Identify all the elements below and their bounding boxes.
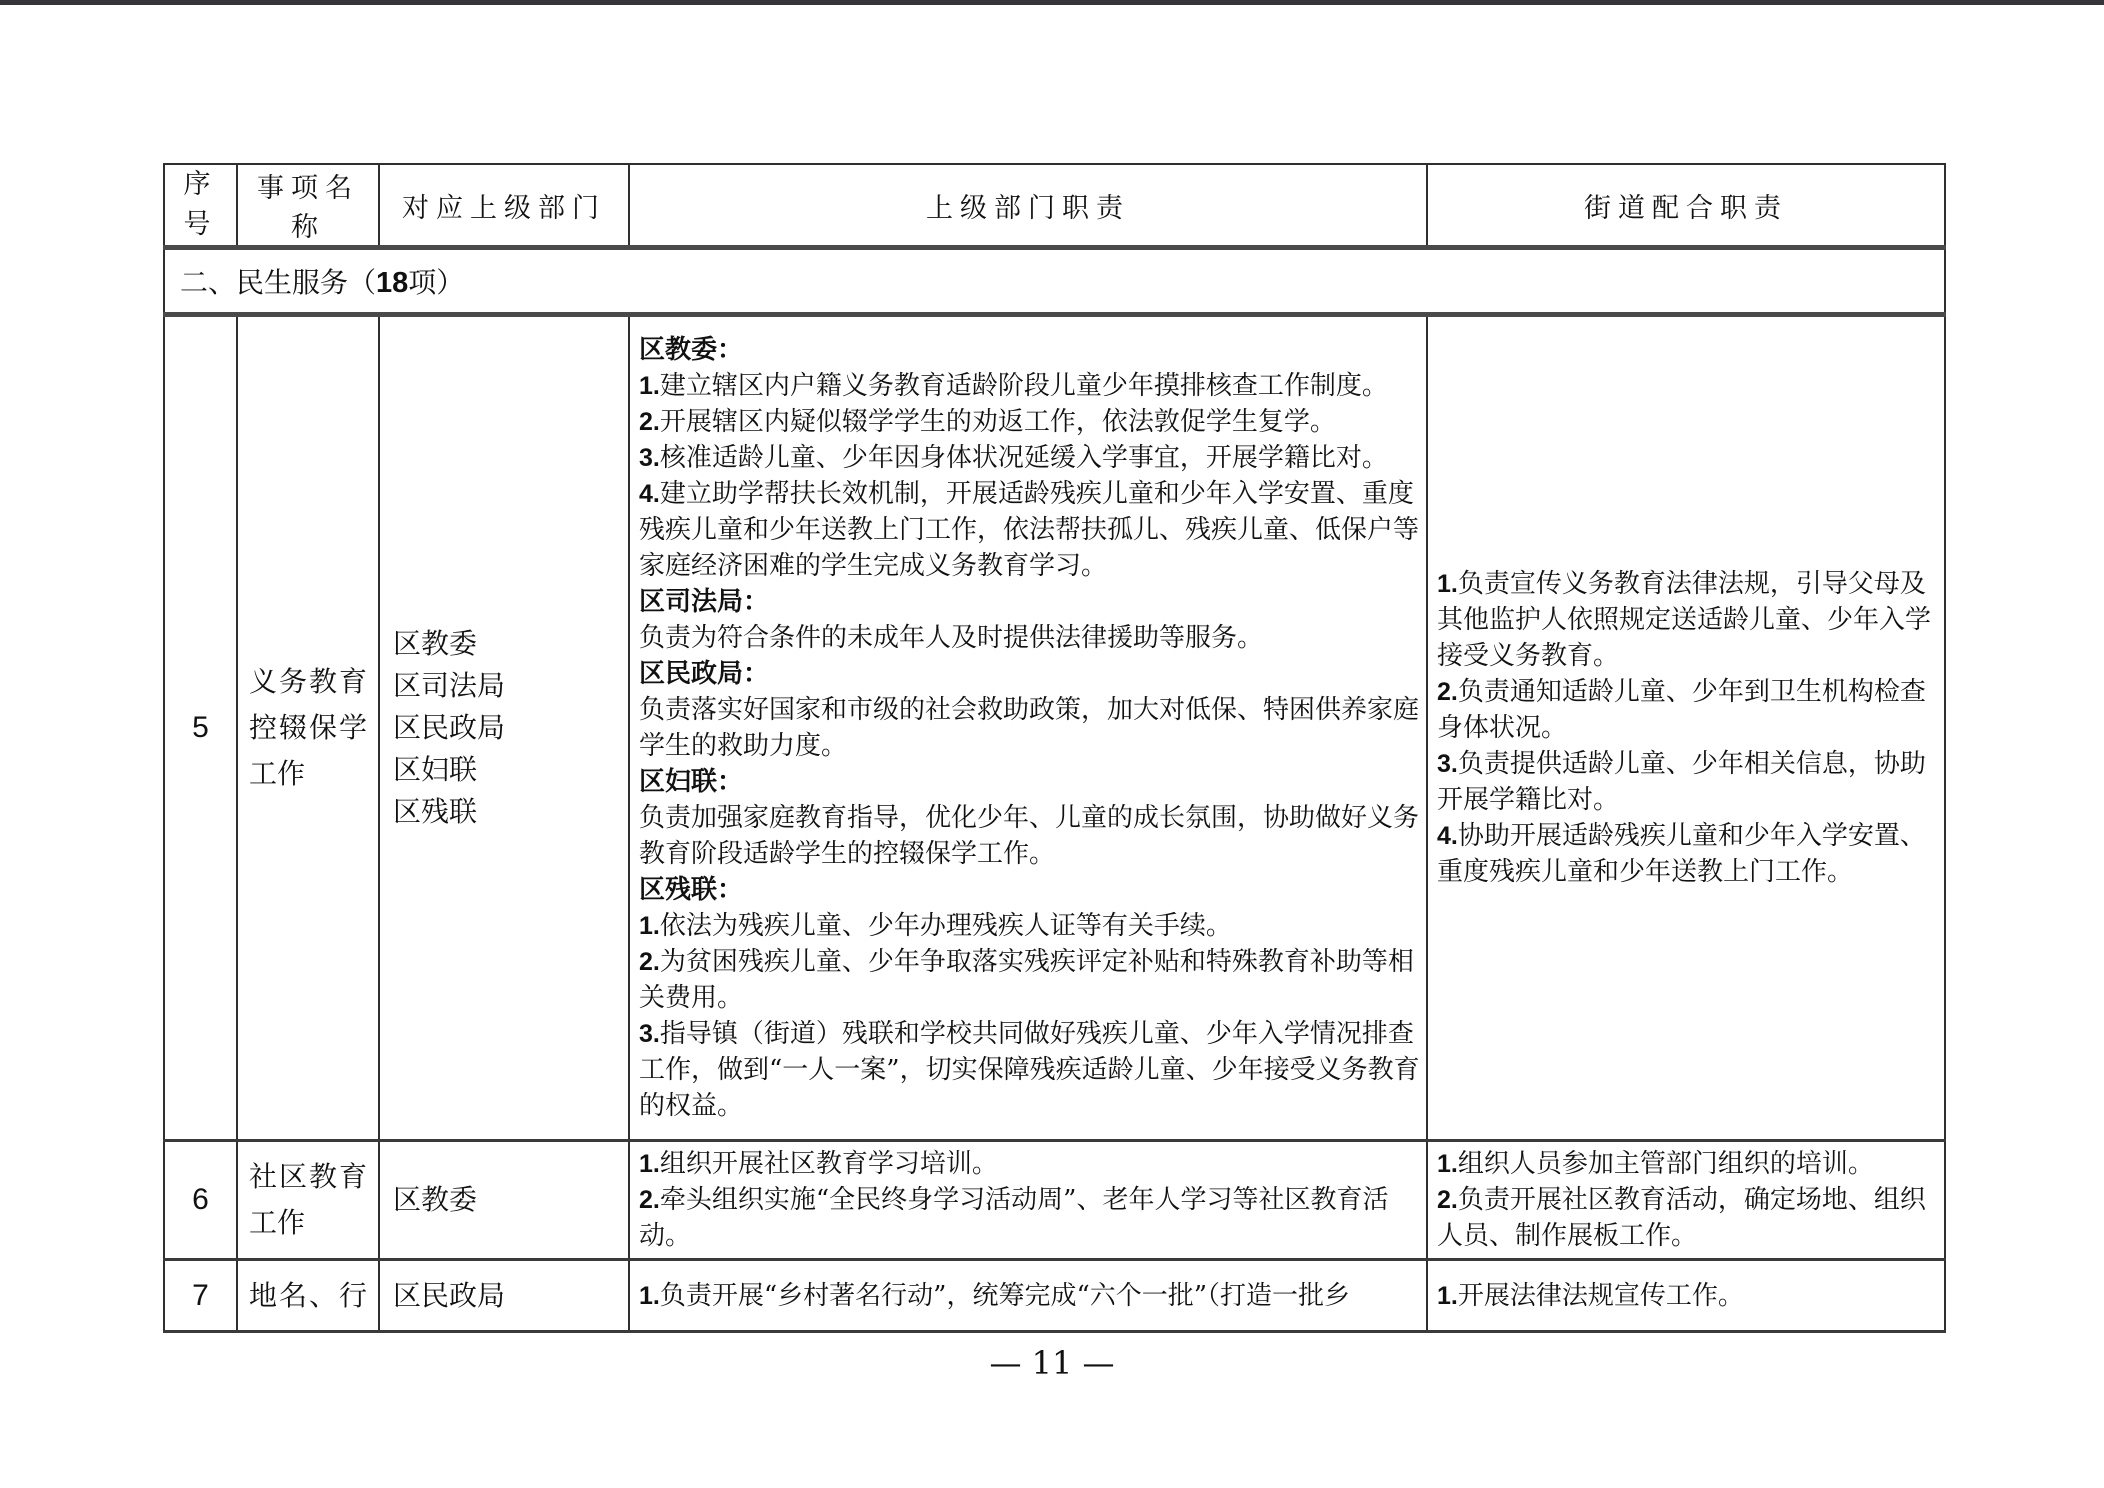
duty-paragraph: 1.负责开展“乡村著名行动”，统筹完成“六个一批”（打造一批乡: [639, 1278, 1421, 1314]
section-header-row: 二、民生服务（18项）: [164, 248, 1945, 315]
department-heading: 区司法局：: [639, 587, 769, 617]
duty-paragraph: 1.依法为残疾儿童、少年办理残疾人证等有关手续。: [639, 908, 1421, 944]
list-number: 2.: [639, 948, 660, 976]
departments-cell: 区教委: [379, 1141, 629, 1260]
row-number-cell: 7: [164, 1260, 237, 1332]
duty-paragraph: 1.开展法律法规宣传工作。: [1437, 1278, 1939, 1314]
list-number: 1.: [639, 912, 660, 940]
list-number: 3.: [639, 1020, 660, 1048]
street-duties-cell: 1.组织人员参加主管部门组织的培训。2.负责开展社区教育活动，确定场地、组织人员…: [1427, 1141, 1945, 1260]
department-name: 区民政局: [393, 707, 624, 749]
list-number: 1.: [1437, 1150, 1458, 1178]
list-number: 3.: [639, 444, 660, 472]
department-name: 区妇联: [393, 749, 624, 791]
duty-paragraph: 4.建立助学帮扶长效机制，开展适龄残疾儿童和少年入学安置、重度残疾儿童和少年送教…: [639, 476, 1421, 584]
list-number: 1.: [1437, 1282, 1458, 1310]
item-name-cell: 地名、行: [237, 1260, 379, 1332]
duty-paragraph: 1.组织开展社区教育学习培训。: [639, 1146, 1421, 1182]
table-header-row: 序号 事项名称 对应上级部门 上级部门职责 街道配合职责: [164, 164, 1945, 248]
duty-paragraph: 负责为符合条件的未成年人及时提供法律援助等服务。: [639, 620, 1421, 656]
superior-duties-cell: 1.组织开展社区教育学习培训。2.牵头组织实施“全民终身学习活动周”、老年人学习…: [629, 1141, 1427, 1260]
table-row: 5义务教育控辍保学工作区教委区司法局区民政局区妇联区残联区教委：1.建立辖区内户…: [164, 315, 1945, 1141]
department-name: 区残联: [393, 791, 624, 833]
duty-paragraph: 负责落实好国家和市级的社会救助政策，加大对低保、特困供养家庭学生的救助力度。: [639, 692, 1421, 764]
list-number: 2.: [1437, 678, 1458, 706]
row-number-cell: 6: [164, 1141, 237, 1260]
window-top-edge: [0, 0, 2104, 5]
department-heading: 区民政局：: [639, 659, 769, 689]
duties-table: 序号 事项名称 对应上级部门 上级部门职责 街道配合职责 二、民生服务（18项）…: [163, 163, 1946, 1333]
list-number: 2.: [1437, 1186, 1458, 1214]
table-row: 6社区教育工作区教委1.组织开展社区教育学习培训。2.牵头组织实施“全民终身学习…: [164, 1141, 1945, 1260]
list-number: 1.: [639, 1150, 660, 1178]
duty-paragraph: 2.为贫困残疾儿童、少年争取落实残疾评定补贴和特殊教育补助等相关费用。: [639, 944, 1421, 1016]
department-name: 区民政局: [393, 1275, 624, 1317]
street-duties-cell: 1.负责宣传义务教育法律法规，引导父母及其他监护人依照规定送适龄儿童、少年入学接…: [1427, 315, 1945, 1141]
list-number: 1.: [639, 372, 660, 400]
superior-duties-cell: 1.负责开展“乡村著名行动”，统筹完成“六个一批”（打造一批乡: [629, 1260, 1427, 1332]
duty-paragraph: 2.开展辖区内疑似辍学学生的劝返工作，依法敦促学生复学。: [639, 404, 1421, 440]
duty-paragraph: 3.指导镇（街道）残联和学校共同做好残疾儿童、少年入学情况排查工作，做到“一人一…: [639, 1016, 1421, 1124]
duty-paragraph: 3.负责提供适龄儿童、少年相关信息，协助开展学籍比对。: [1437, 746, 1939, 818]
section-header: 二、民生服务（18项）: [164, 248, 1945, 315]
department-name: 区教委: [393, 1179, 624, 1221]
section-suffix: 项）: [408, 266, 464, 299]
duty-paragraph: 2.负责通知适龄儿童、少年到卫生机构检查身体状况。: [1437, 674, 1939, 746]
document-page: 序号 事项名称 对应上级部门 上级部门职责 街道配合职责 二、民生服务（18项）…: [163, 163, 1946, 1333]
duty-paragraph: 区教委：: [639, 332, 1421, 368]
duty-paragraph: 3.核准适龄儿童、少年因身体状况延缓入学事宜，开展学籍比对。: [639, 440, 1421, 476]
header-事项名称: 事项名称: [237, 164, 379, 248]
duty-paragraph: 区司法局：: [639, 584, 1421, 620]
section-count: 18: [376, 267, 408, 299]
duty-paragraph: 1.组织人员参加主管部门组织的培训。: [1437, 1146, 1939, 1182]
header-序号: 序号: [164, 164, 237, 248]
header-街道配合职责: 街道配合职责: [1427, 164, 1945, 248]
superior-duties-cell: 区教委：1.建立辖区内户籍义务教育适龄阶段儿童少年摸排核查工作制度。2.开展辖区…: [629, 315, 1427, 1141]
list-number: 2.: [639, 408, 660, 436]
list-number: 2.: [639, 1186, 660, 1214]
row-number-cell: 5: [164, 315, 237, 1141]
item-name-cell: 社区教育工作: [237, 1141, 379, 1260]
duty-paragraph: 区残联：: [639, 872, 1421, 908]
header-上级部门职责: 上级部门职责: [629, 164, 1427, 248]
duty-paragraph: 2.牵头组织实施“全民终身学习活动周”、老年人学习等社区教育活动。: [639, 1182, 1421, 1254]
department-name: 区教委: [393, 623, 624, 665]
list-number: 4.: [639, 480, 660, 508]
duty-paragraph: 2.负责开展社区教育活动，确定场地、组织人员、制作展板工作。: [1437, 1182, 1939, 1254]
department-name: 区司法局: [393, 665, 624, 707]
item-name-cell: 义务教育控辍保学工作: [237, 315, 379, 1141]
street-duties-cell: 1.开展法律法规宣传工作。: [1427, 1260, 1945, 1332]
duty-paragraph: 1.负责宣传义务教育法律法规，引导父母及其他监护人依照规定送适龄儿童、少年入学接…: [1437, 566, 1939, 674]
table-row: 7地名、行区民政局1.负责开展“乡村著名行动”，统筹完成“六个一批”（打造一批乡…: [164, 1260, 1945, 1332]
duty-paragraph: 4.协助开展适龄残疾儿童和少年入学安置、重度残疾儿童和少年送教上门工作。: [1437, 818, 1939, 890]
list-number: 1.: [1437, 570, 1458, 598]
department-heading: 区妇联：: [639, 767, 743, 797]
section-label: 二、民生服务（: [180, 266, 376, 299]
list-number: 1.: [639, 1282, 660, 1310]
list-number: 4.: [1437, 822, 1458, 850]
duty-paragraph: 区妇联：: [639, 764, 1421, 800]
department-heading: 区教委：: [639, 335, 743, 365]
department-heading: 区残联：: [639, 875, 743, 905]
departments-cell: 区民政局: [379, 1260, 629, 1332]
header-对应上级部门: 对应上级部门: [379, 164, 629, 248]
duty-paragraph: 区民政局：: [639, 656, 1421, 692]
departments-cell: 区教委区司法局区民政局区妇联区残联: [379, 315, 629, 1141]
page-number: — 11 —: [0, 1344, 2104, 1382]
duty-paragraph: 1.建立辖区内户籍义务教育适龄阶段儿童少年摸排核查工作制度。: [639, 368, 1421, 404]
list-number: 3.: [1437, 750, 1458, 778]
duty-paragraph: 负责加强家庭教育指导，优化少年、儿童的成长氛围，协助做好义务教育阶段适龄学生的控…: [639, 800, 1421, 872]
